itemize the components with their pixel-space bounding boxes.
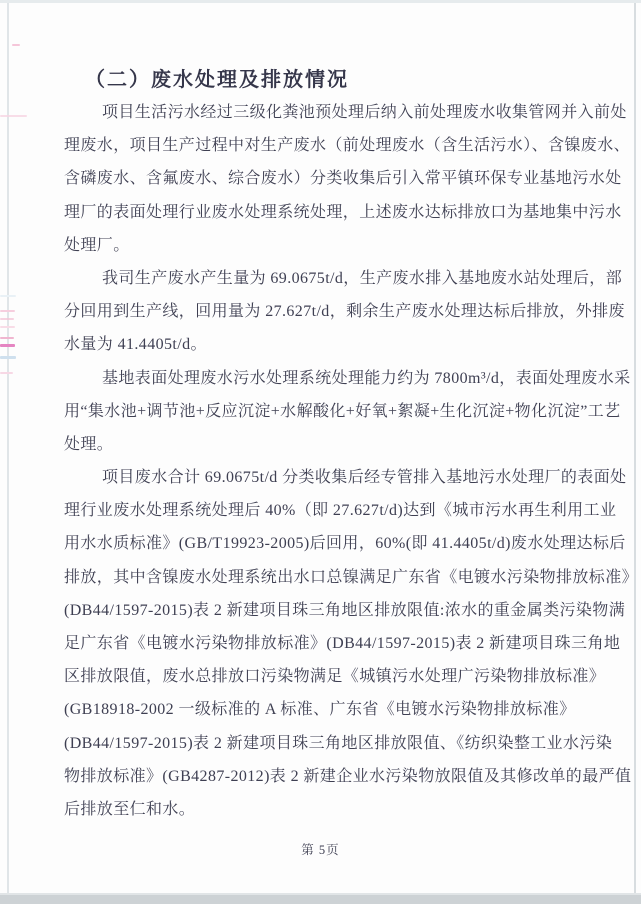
text-line: 物排放标准》(GB4287-2012)表 2 新建企业水污染物放限值及其修改单的… (64, 760, 616, 793)
section-heading: （二）废水处理及排放情况 (85, 63, 349, 92)
scan-artifact (0, 326, 15, 328)
text-line: (GB18918-2002 一级标准的 A 标准、广东省《电镀水污染物排放标准》 (64, 693, 616, 726)
text-line: 用水水质标准》(GB/T19923-2005)后回用，60%(即 41.4405… (64, 527, 616, 560)
text-line: 理行业废水处理系统处理后 40%（即 27.627t/d)达到《城市污水再生利用… (64, 494, 616, 527)
text-line: 足广东省《电镀水污染物排放标准》(DB44/1597-2015)表 2 新建项目… (64, 627, 616, 660)
page-number: 第 5页 (0, 840, 641, 858)
text-line: 基地表面处理废水污水处理系统处理能力约为 7800m³/d，表面处理废水采 (64, 362, 616, 395)
text-line: 理废水，项目生产过程中对生产废水（前处理废水（含生活污水）、含镍废水、 (64, 129, 616, 162)
scan-artifact (0, 295, 16, 297)
text-line: 含磷废水、含氟废水、综合废水）分类收集后引入常平镇环保专业基地污水处 (64, 162, 616, 195)
page-edge-right (634, 3, 636, 895)
text-line: (DB44/1597-2015)表 2 新建项目珠三角地区排放限值:浓水的重金属… (64, 594, 616, 627)
page-edge-bottom (0, 893, 641, 904)
text-line: 处理。 (64, 428, 616, 461)
text-line: 区排放限值，废水总排放口污染物满足《城镇污水处理广污染物排放标准》 (64, 660, 616, 693)
paragraph: 项目废水合计 69.0675t/d 分类收集后经专管排入基地污水处理厂的表面处 … (64, 461, 616, 826)
scan-artifact (12, 44, 20, 46)
scan-artifact (0, 318, 14, 320)
text-line: 后排放至仁和水。 (64, 793, 616, 826)
text-line: 处理厂。 (64, 229, 616, 262)
text-line: (DB44/1597-2015)表 2 新建项目珠三角地区排放限值、《纺织染整工… (64, 727, 616, 760)
text-line: 水量为 41.4405t/d。 (64, 328, 616, 361)
document-body: 项目生活污水经过三级化粪池预处理后纳入前处理废水收集管网并入前处 理废水，项目生… (64, 96, 616, 826)
text-line: 我司生产废水产生量为 69.0675t/d，生产废水排入基地废水站处理后，部 (64, 262, 616, 295)
paragraph: 我司生产废水产生量为 69.0675t/d，生产废水排入基地废水站处理后，部 分… (64, 262, 616, 362)
text-line: 排放，其中含镍废水处理系统出水口总镍满足广东省《电镀水污染物排放标准》 (64, 561, 616, 594)
scan-artifact (0, 344, 15, 347)
scan-artifact (0, 115, 27, 117)
text-line: 项目废水合计 69.0675t/d 分类收集后经专管排入基地污水处理厂的表面处 (64, 461, 616, 494)
page-edge-left (7, 3, 9, 895)
scan-artifact (0, 372, 13, 374)
paragraph: 基地表面处理废水污水处理系统处理能力约为 7800m³/d，表面处理废水采 用“… (64, 362, 616, 462)
scan-artifact (0, 337, 14, 339)
scanned-document-page: （二）废水处理及排放情况 项目生活污水经过三级化粪池预处理后纳入前处理废水收集管… (0, 0, 641, 904)
text-line: 用“集水池+调节池+反应沉淀+水解酸化+好氧+絮凝+生化沉淀+物化沉淀”工艺 (64, 395, 616, 428)
paragraph: 项目生活污水经过三级化粪池预处理后纳入前处理废水收集管网并入前处 理废水，项目生… (64, 96, 616, 262)
scan-artifact (0, 310, 15, 312)
text-line: 项目生活污水经过三级化粪池预处理后纳入前处理废水收集管网并入前处 (64, 96, 616, 129)
scan-artifact (0, 356, 16, 359)
page-edge-top (0, 0, 641, 3)
text-line: 理厂的表面处理行业废水处理系统处理，上述废水达标排放口为基地集中污水 (64, 196, 616, 229)
text-line: 分回用到生产线，回用量为 27.627t/d，剩余生产废水处理达标后排放，外排废 (64, 295, 616, 328)
